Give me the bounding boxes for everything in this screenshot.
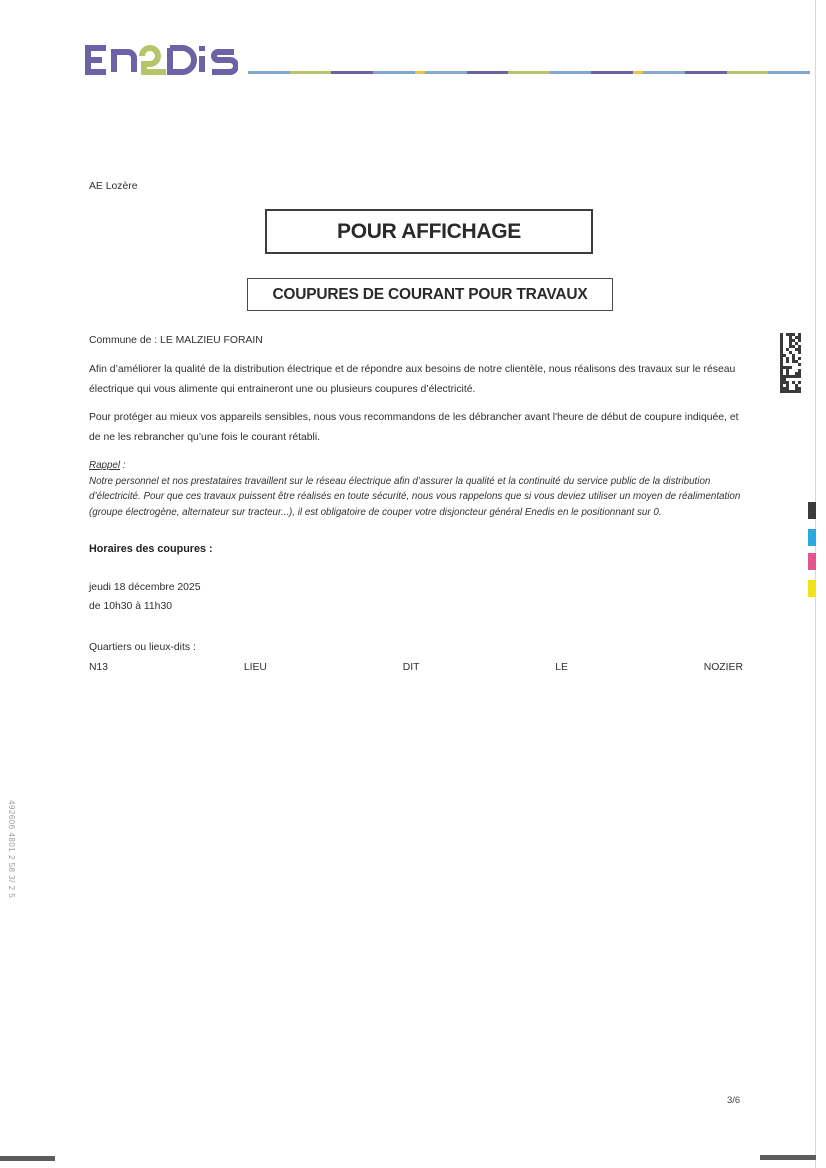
calibration-mark-cyan [808,529,816,546]
rappel-text: Notre personnel et nos prestataires trav… [89,476,740,518]
outage-hours: de 10h30 à 11h30 [89,600,172,614]
enedis-logo [82,42,238,78]
rule-segment [467,71,509,74]
rule-segment [331,71,373,74]
intro-paragraph: Afin d’améliorer la qualité de la distri… [89,360,749,400]
calibration-mark-yellow [808,580,816,597]
rule-segment [727,71,769,74]
rule-segment [248,71,290,74]
advice-paragraph: Pour protéger au mieux vos appareils sen… [89,408,749,448]
rappel-label: Rappel [89,460,120,471]
sender: AE Lozère [89,180,138,194]
place-item: LE [555,661,568,675]
rule-segment [591,71,633,74]
rappel-block: Rappel : Notre personnel et nos prestata… [89,458,749,520]
place-item: NOZIER [704,661,743,675]
rule-segment [290,71,332,74]
rule-segment [685,71,727,74]
outage-date: jeudi 18 décembre 2025 [89,581,201,595]
place-item: LIEU [244,661,267,675]
horaires-heading: Horaires des coupures : [89,543,213,555]
page-number: 3/6 [727,1095,740,1106]
rule-segment [550,71,592,74]
rule-segment [508,71,550,74]
calibration-mark-magenta [808,553,816,570]
scan-edge-mark [760,1155,816,1160]
commune: Commune de : LE MALZIEU FORAIN [89,334,263,348]
rule-segment [425,71,467,74]
place-item: DIT [403,661,420,675]
places-list: N13 LIEU DIT LE NOZIER [89,661,743,675]
calibration-mark-black [808,502,816,519]
header-rule [248,71,810,74]
rule-segment [643,71,685,74]
rappel-suffix: : [120,460,125,471]
place-item: N13 [89,661,108,675]
quartiers-label: Quartiers ou lieux-dits : [89,641,196,655]
rule-segment [633,71,643,74]
scan-edge-mark [0,1156,55,1161]
scan-reference: 492606 4801 2 58 3/ 2 5 [2,800,16,950]
document-title: POUR AFFICHAGE [265,209,593,254]
rule-segment [373,71,415,74]
datamatrix-code [780,332,801,394]
rule-segment [415,71,425,74]
rule-segment [768,71,810,74]
document-subtitle: COUPURES DE COURANT POUR TRAVAUX [247,278,613,311]
